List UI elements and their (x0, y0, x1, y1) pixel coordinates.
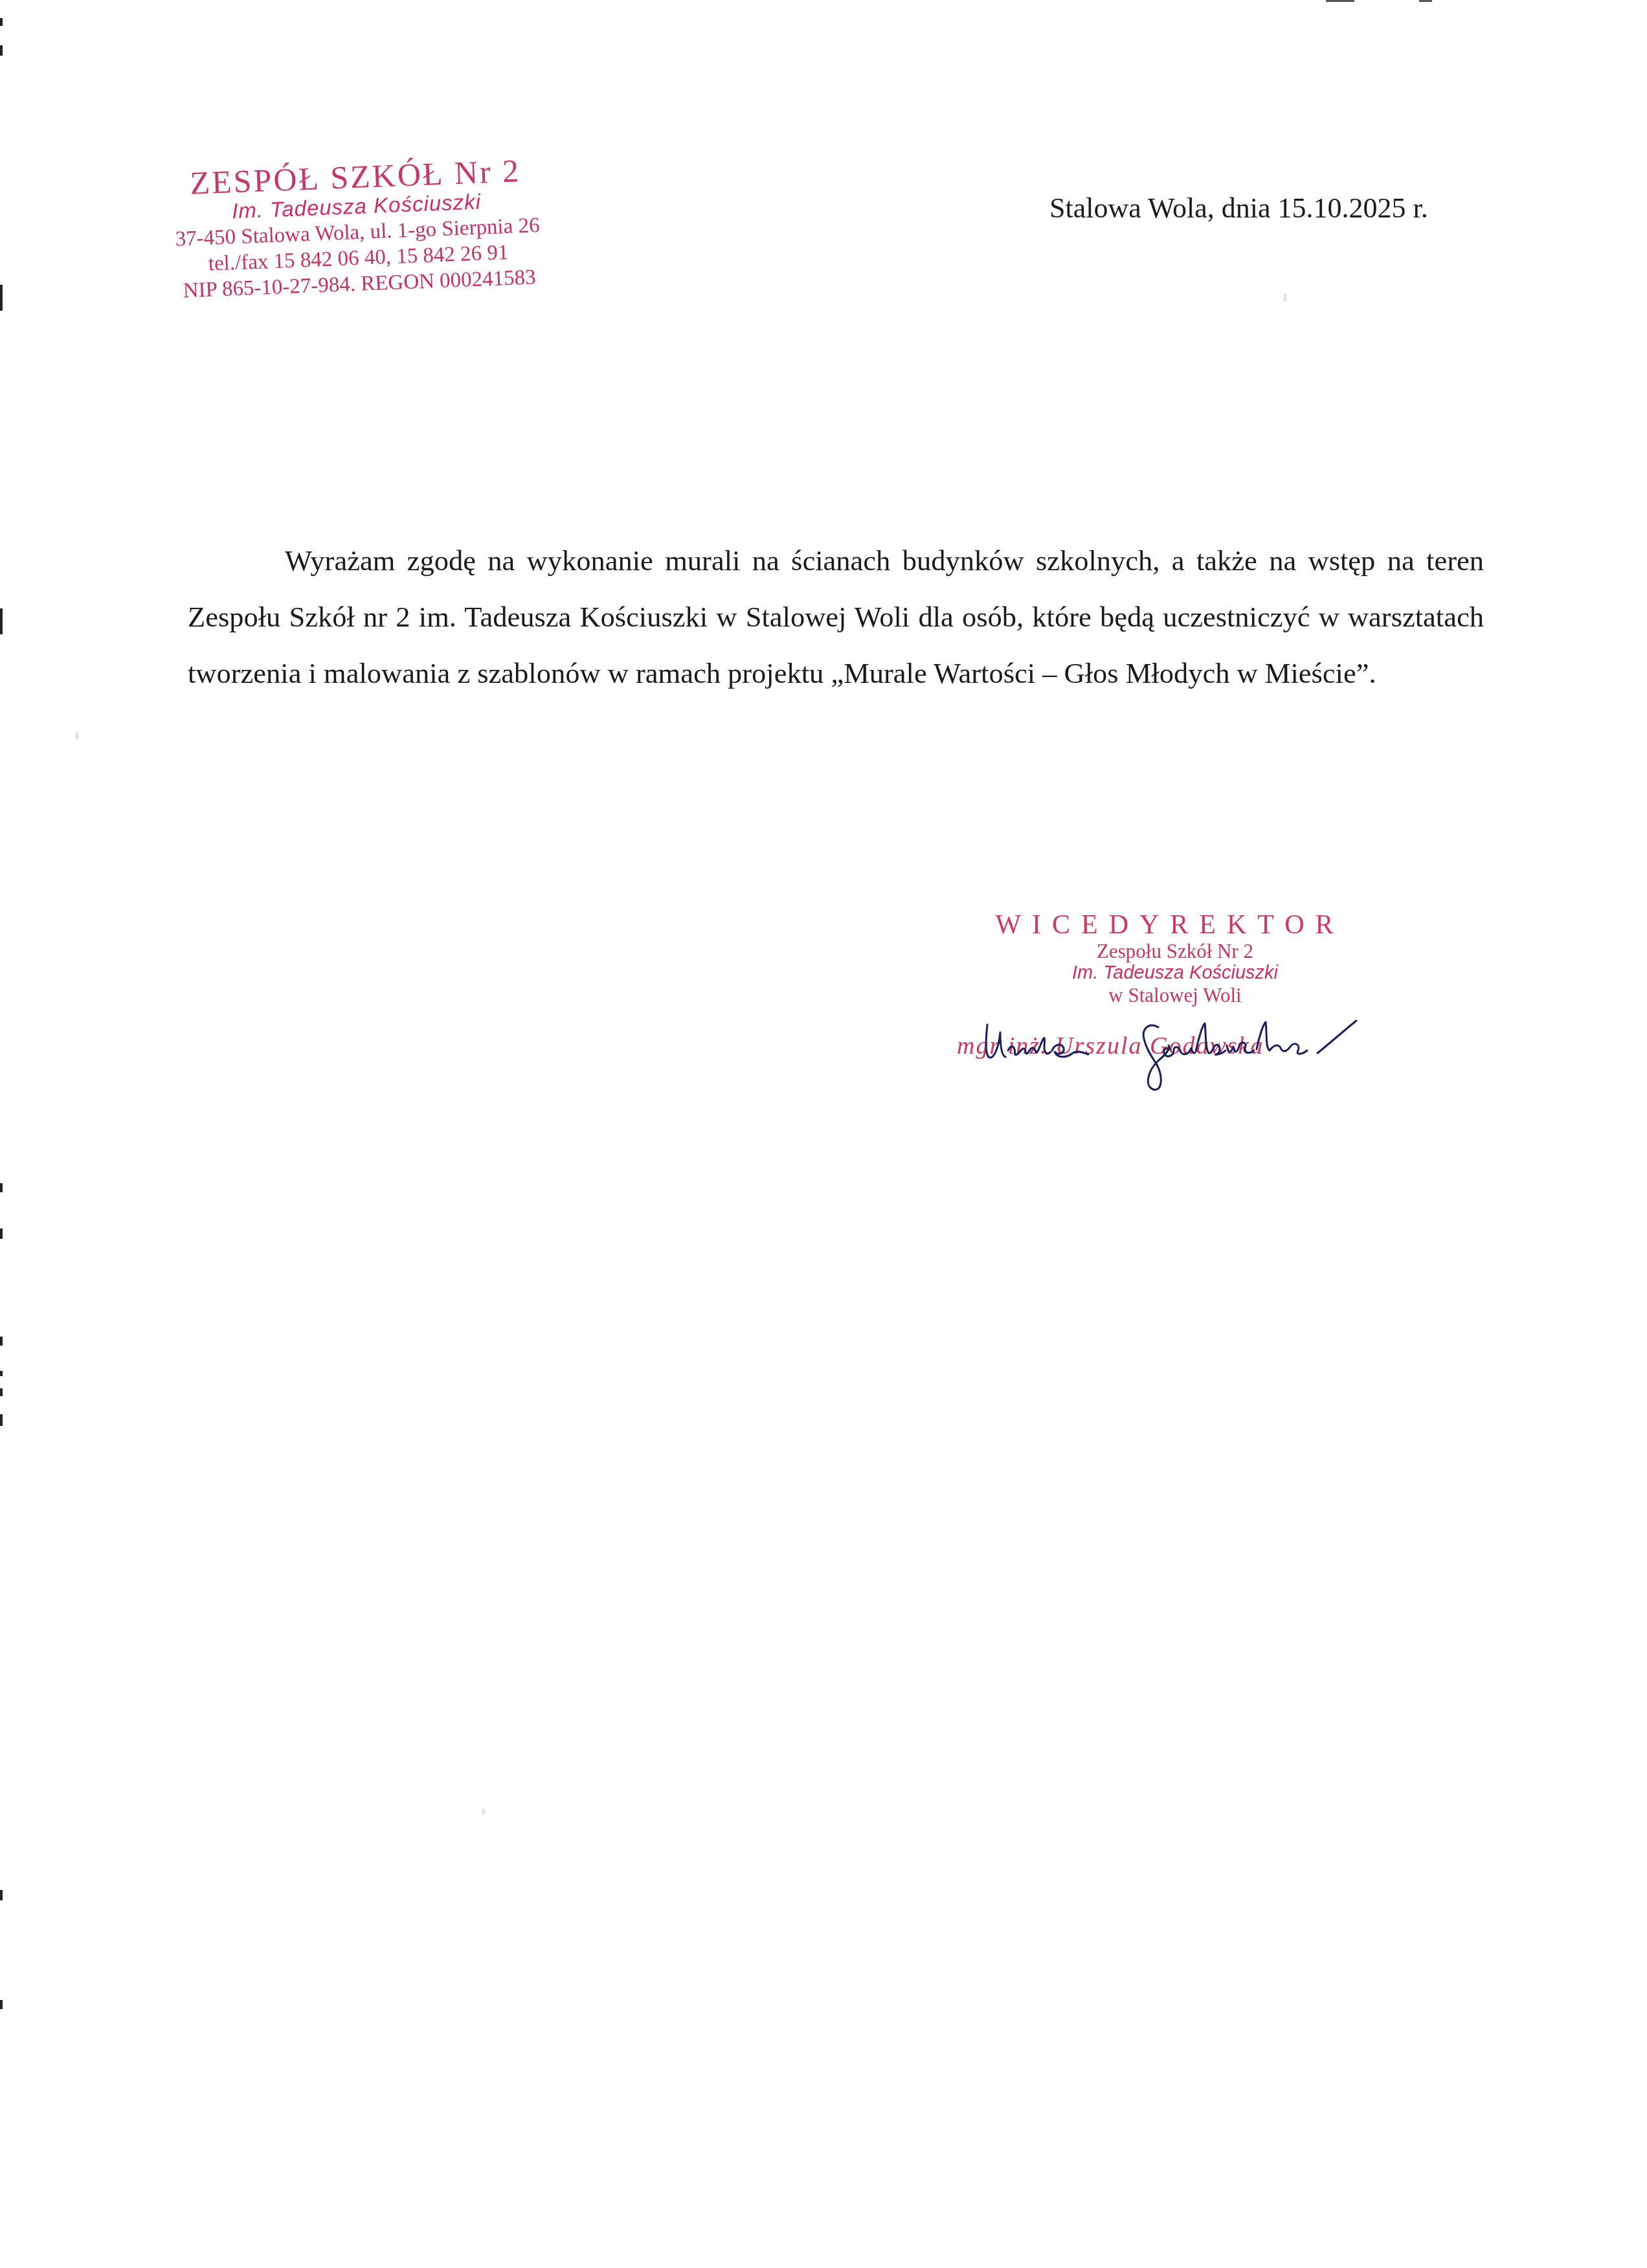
scan-edge-mark (0, 285, 3, 311)
school-header-stamp: ZESPÓŁ SZKÓŁ Nr 2 Im. Tadeusza Kościuszk… (141, 152, 574, 307)
scan-edge-mark (0, 1371, 3, 1376)
scan-edge-mark (0, 1414, 3, 1426)
scan-edge-mark (0, 1337, 3, 1346)
stamp-patron: Im. Tadeusza Kościuszki (952, 964, 1379, 983)
letter-date: Stalowa Wola, dnia 15.10.2025 r. (1049, 192, 1428, 225)
scan-top-mark (1326, 0, 1354, 2)
scan-speck (1283, 293, 1287, 302)
scan-speck (75, 731, 79, 740)
stamp-institution: Zespołu Szkół Nr 2 (952, 941, 1379, 961)
scan-edge-mark (0, 45, 3, 56)
scan-top-mark (1419, 0, 1432, 2)
scan-edge-mark (0, 1890, 3, 1900)
scan-edge-mark (0, 1228, 3, 1239)
scanned-letter-page: ZESPÓŁ SZKÓŁ Nr 2 Im. Tadeusza Kościuszk… (0, 0, 1647, 2268)
stamp-city: w Stalowej Woli (952, 985, 1379, 1005)
scan-edge-mark (0, 1183, 3, 1192)
scan-speck (482, 1808, 486, 1815)
scan-edge-mark (0, 1388, 3, 1396)
letter-body: Wyrażam zgodę na wykonanie murali na ści… (188, 533, 1484, 702)
scan-edge-mark (0, 2000, 3, 2009)
stamp-position-title: WICEDYREKTOR (952, 911, 1379, 939)
handwritten-signature (974, 1013, 1376, 1097)
scan-edge-mark (0, 608, 3, 634)
scan-edge-mark (0, 18, 3, 26)
